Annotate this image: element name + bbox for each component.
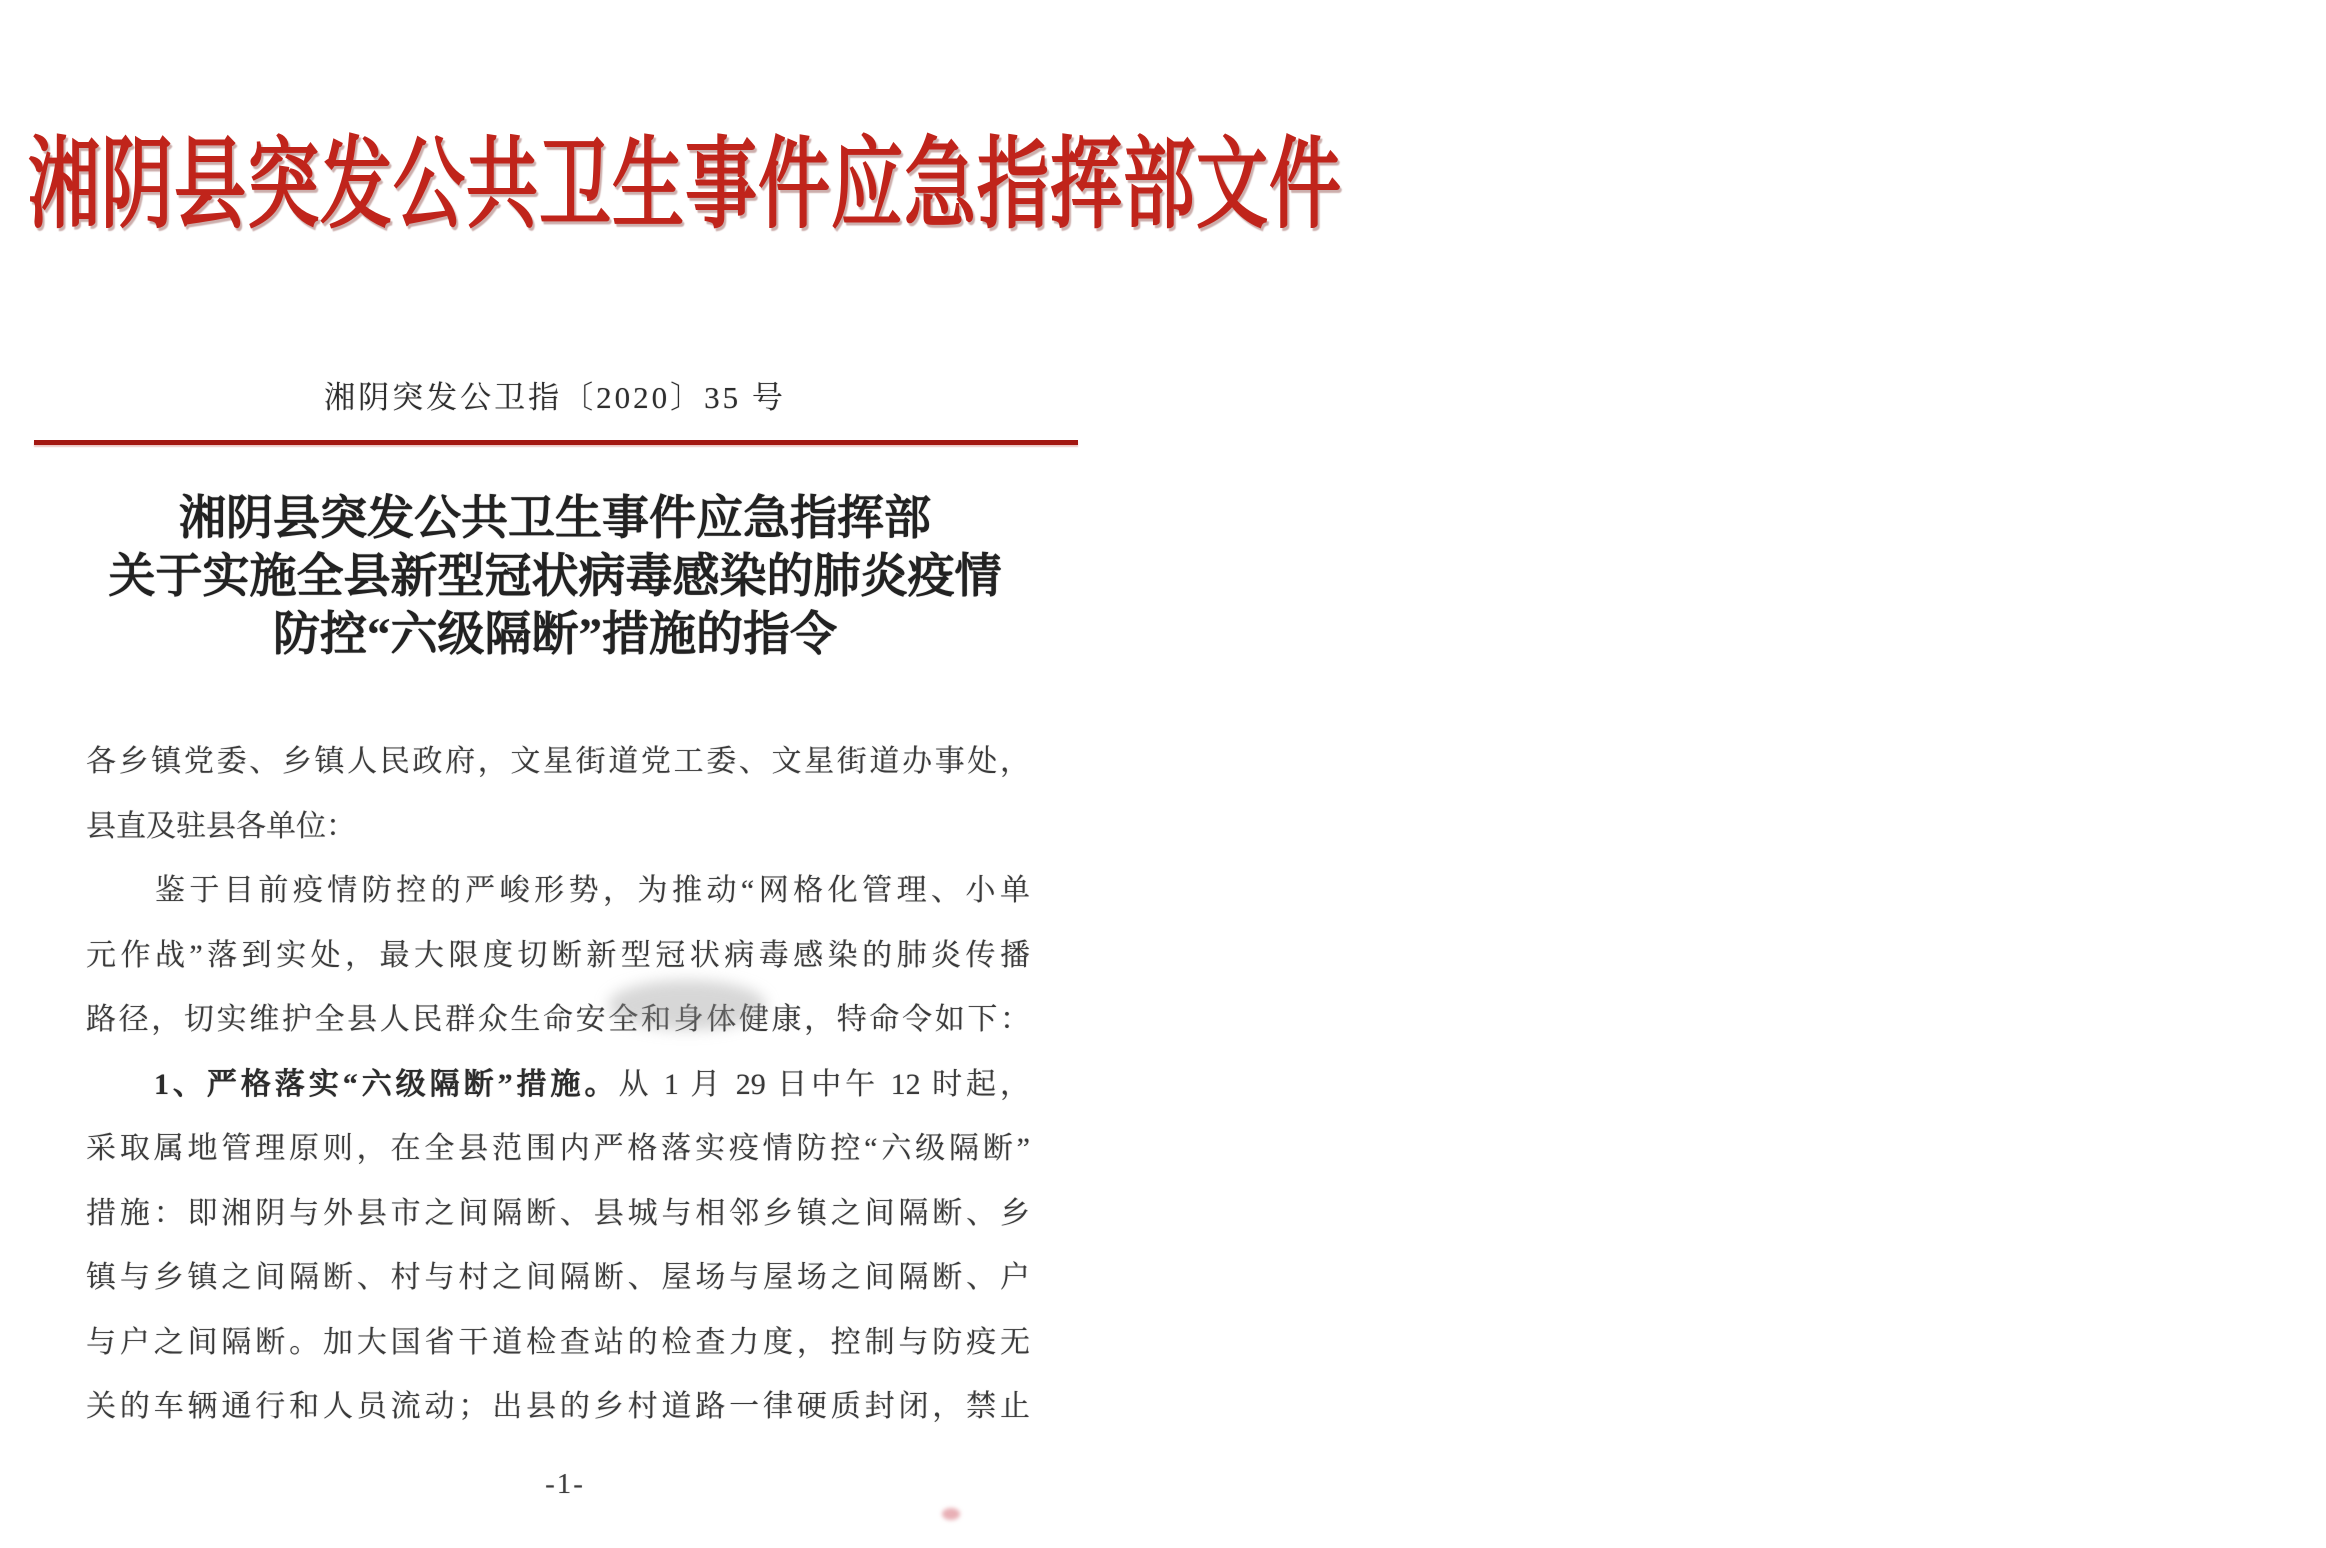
text-line: 采取属地管理原则，在全县范围内严格落实疫情防控“六级隔断” (86, 1117, 1030, 1182)
page1-body-text: 各乡镇党委、乡镇人民政府，文星街道党工委、文星街道办事处，县直及驻县各单位： 鉴… (86, 730, 1030, 1440)
text-line: 元作战”落到实处，最大限度切断新型冠状病毒感染的肺炎传播 (86, 924, 1030, 989)
pink-scan-artifact (942, 1508, 960, 1520)
blurred-watermark-smudge (608, 980, 766, 1030)
page-number-1: -1- (505, 1468, 625, 1501)
document-page-2: 通行。相关隔断措施和方式由属地乡镇自行决定（交通隔断要选择合适的方式，既要能够坚… (1163, 0, 2326, 1548)
title-line-3: 防控“六级隔断”措施的指令 (55, 606, 1055, 664)
text-line: 关的车辆通行和人员流动；出县的乡村道路一律硬质封闭，禁止 (86, 1375, 1030, 1440)
title-line-2: 关于实施全县新型冠状病毒感染的肺炎疫情 (55, 548, 1055, 606)
red-letterhead-title: 湘阴县突发公共卫生事件应急指挥部文件 (28, 104, 1082, 248)
text-line: 镇与乡镇之间隔断、村与村之间隔断、屋场与屋场之间隔断、户 (86, 1246, 1030, 1311)
scanned-document: 湘阴县突发公共卫生事件应急指挥部文件 湘阴突发公卫指〔2020〕35 号 湘阴县… (0, 0, 2326, 1548)
title-line-1: 湘阴县突发公共卫生事件应急指挥部 (55, 490, 1055, 548)
document-page-1: 湘阴县突发公共卫生事件应急指挥部文件 湘阴突发公卫指〔2020〕35 号 湘阴县… (0, 0, 1163, 1548)
text-line: 鉴于目前疫情防控的严峻形势，为推动“网格化管理、小单 (86, 859, 1030, 924)
text-line: 县直及驻县各单位： (86, 795, 1030, 860)
text-line: 与户之间隔断。加大国省干道检查站的检查力度，控制与防疫无 (86, 1311, 1030, 1376)
red-divider-rule (34, 440, 1078, 445)
text-line: 1、严格落实“六级隔断”措施。从 1 月 29 日中午 12 时起， (86, 1053, 1030, 1118)
text-line: 措施：即湘阴与外县市之间隔断、县城与相邻乡镇之间隔断、乡 (86, 1182, 1030, 1247)
text-line: 各乡镇党委、乡镇人民政府，文星街道党工委、文星街道办事处， (86, 730, 1030, 795)
document-title: 湘阴县突发公共卫生事件应急指挥部 关于实施全县新型冠状病毒感染的肺炎疫情 防控“… (55, 490, 1055, 664)
document-number: 湘阴突发公卫指〔2020〕35 号 (28, 372, 1082, 417)
text-line: 路径，切实维护全县人民群众生命安全和身体健康，特命令如下： (86, 988, 1030, 1053)
